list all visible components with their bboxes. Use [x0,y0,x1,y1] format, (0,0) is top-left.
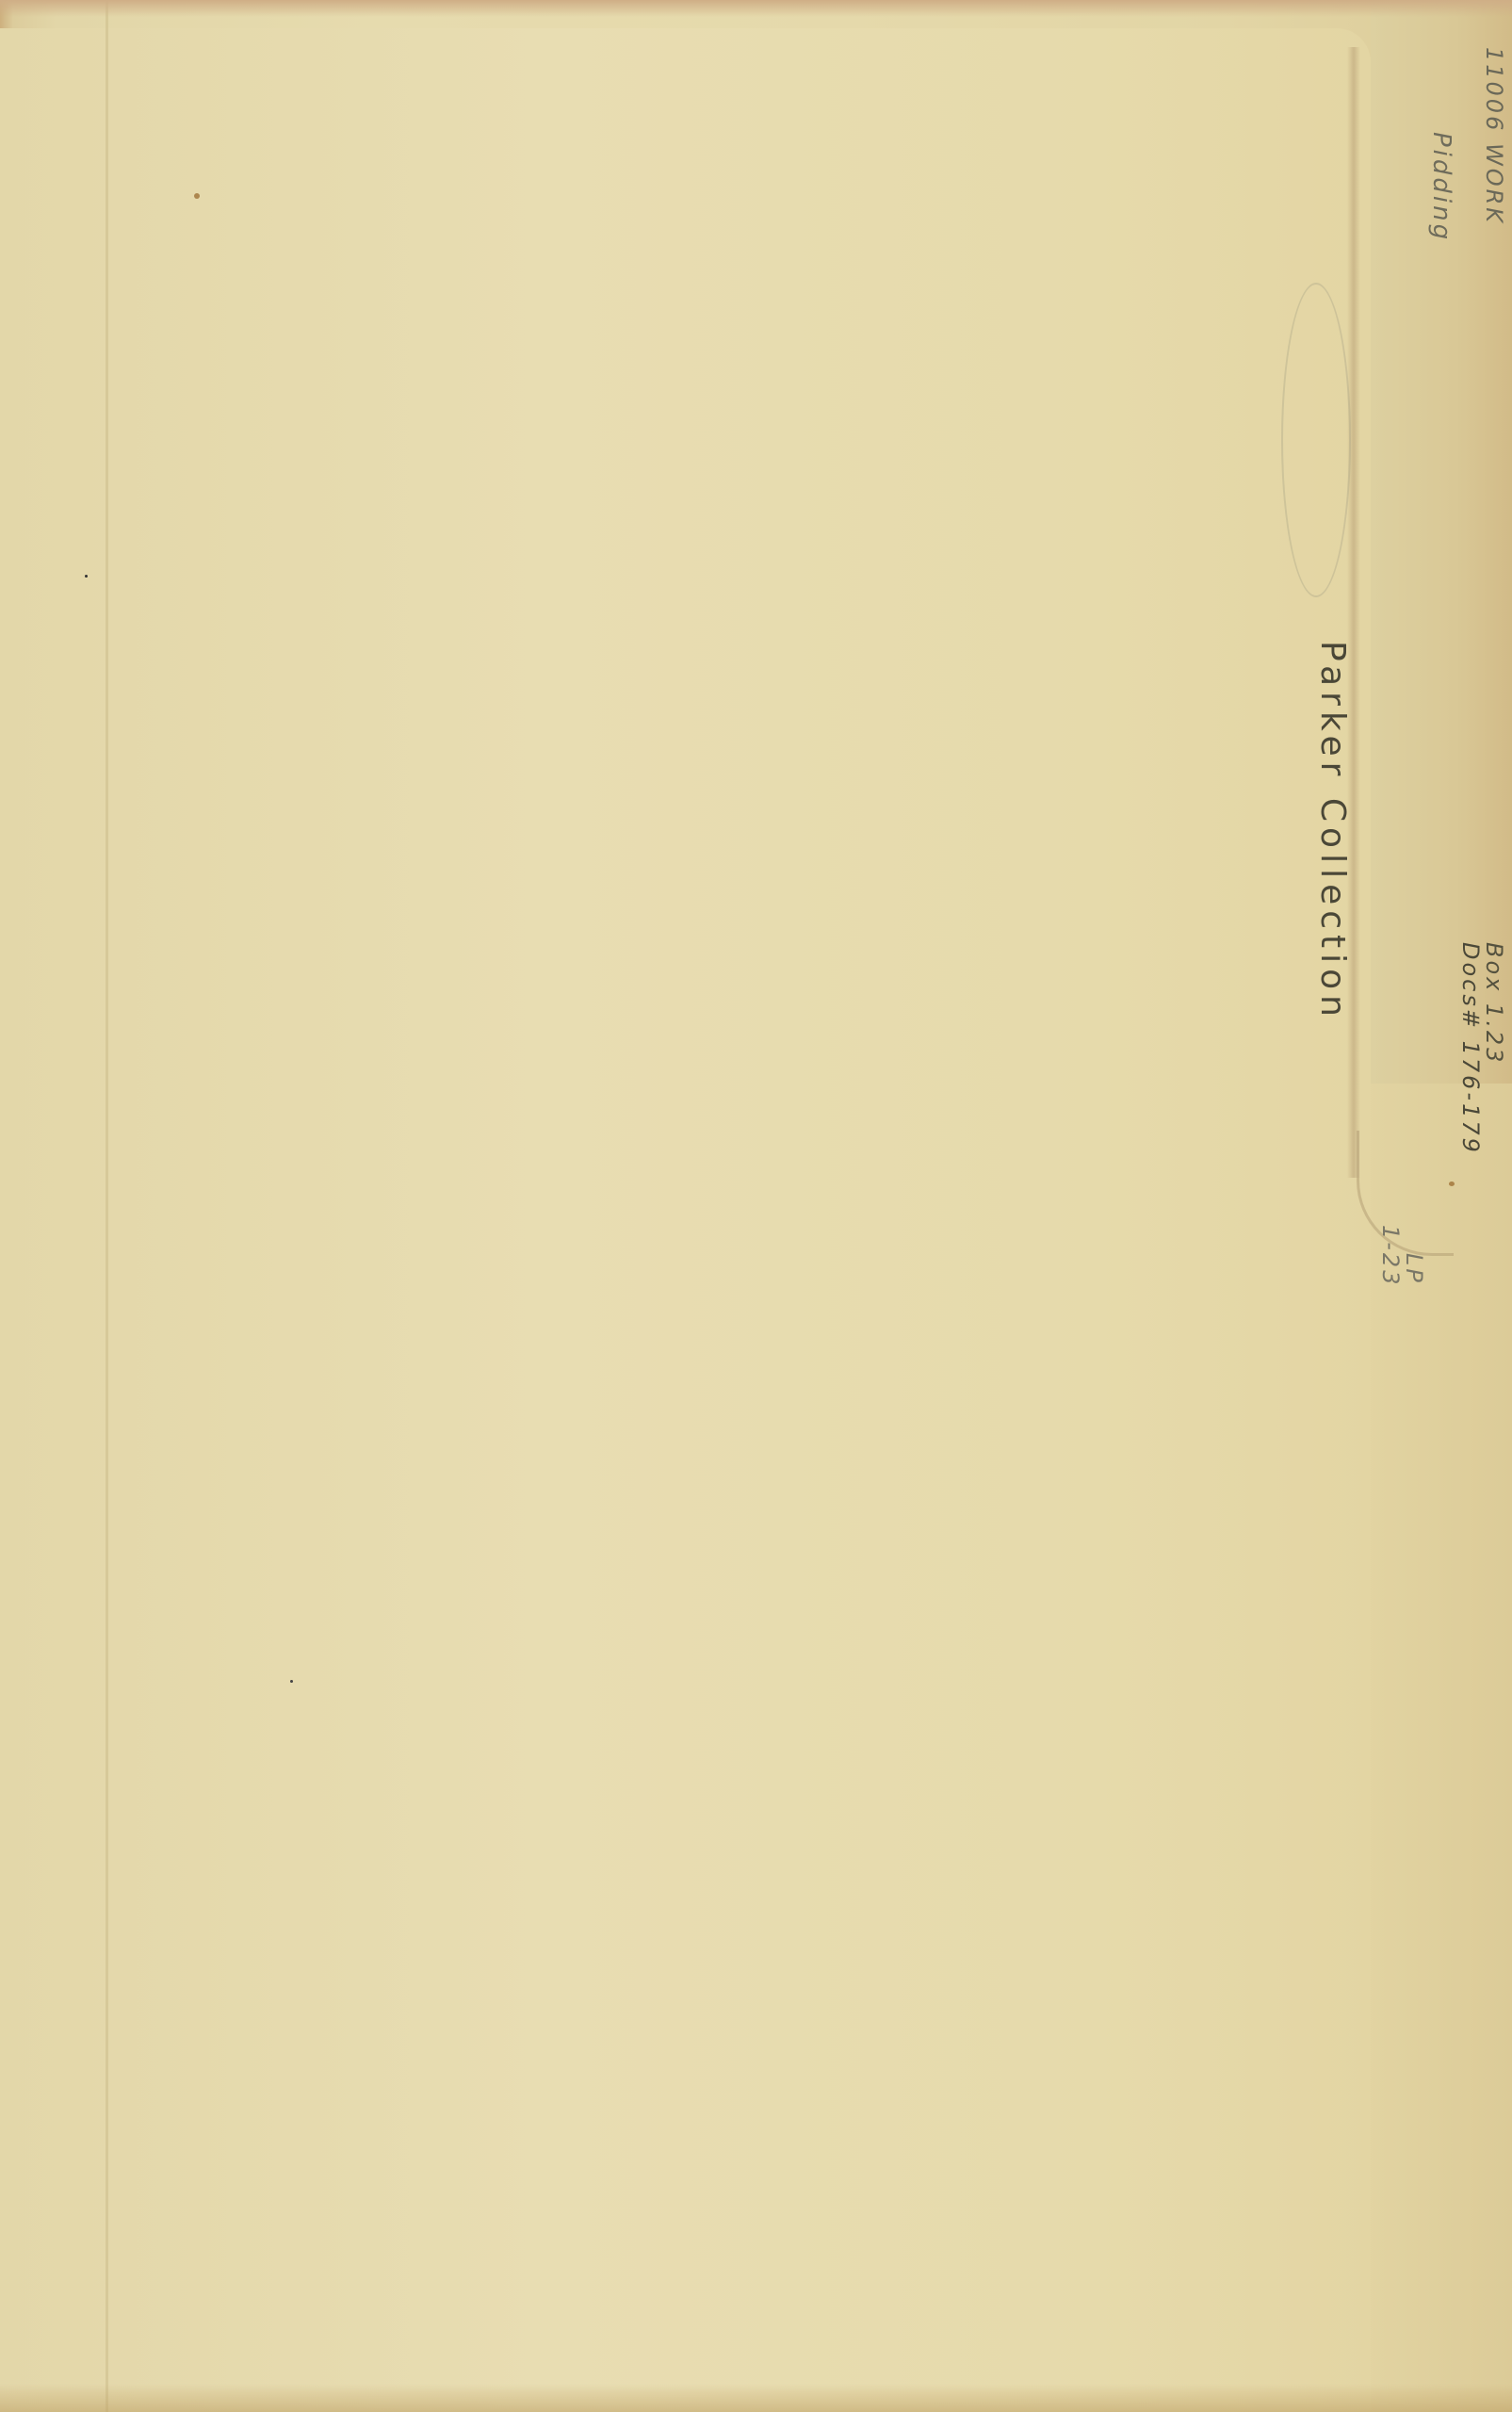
handwritten-corner-range: 1-23 [1377,1225,1404,1287]
stain-spot [1449,1182,1455,1186]
handwritten-word-note: Pidding [1427,132,1455,242]
handwritten-docs-label: Docs# 176-179 [1457,942,1484,1155]
ink-dot [290,1680,293,1683]
handwritten-box-label: Box 1.23 [1481,942,1507,1065]
fold-line [106,0,108,2412]
bottom-edge [0,2384,1512,2412]
pencil-oval-mark [1281,283,1351,597]
handwritten-id-note: 11006 WORK [1481,47,1507,225]
ink-dot [85,575,88,578]
handwritten-collection-label: Parker Collection [1313,641,1352,1022]
top-edge [0,0,1512,17]
stain-spot [194,193,200,199]
folder-front-cover [0,28,1371,2412]
handwritten-corner-mark: LP [1401,1253,1427,1285]
